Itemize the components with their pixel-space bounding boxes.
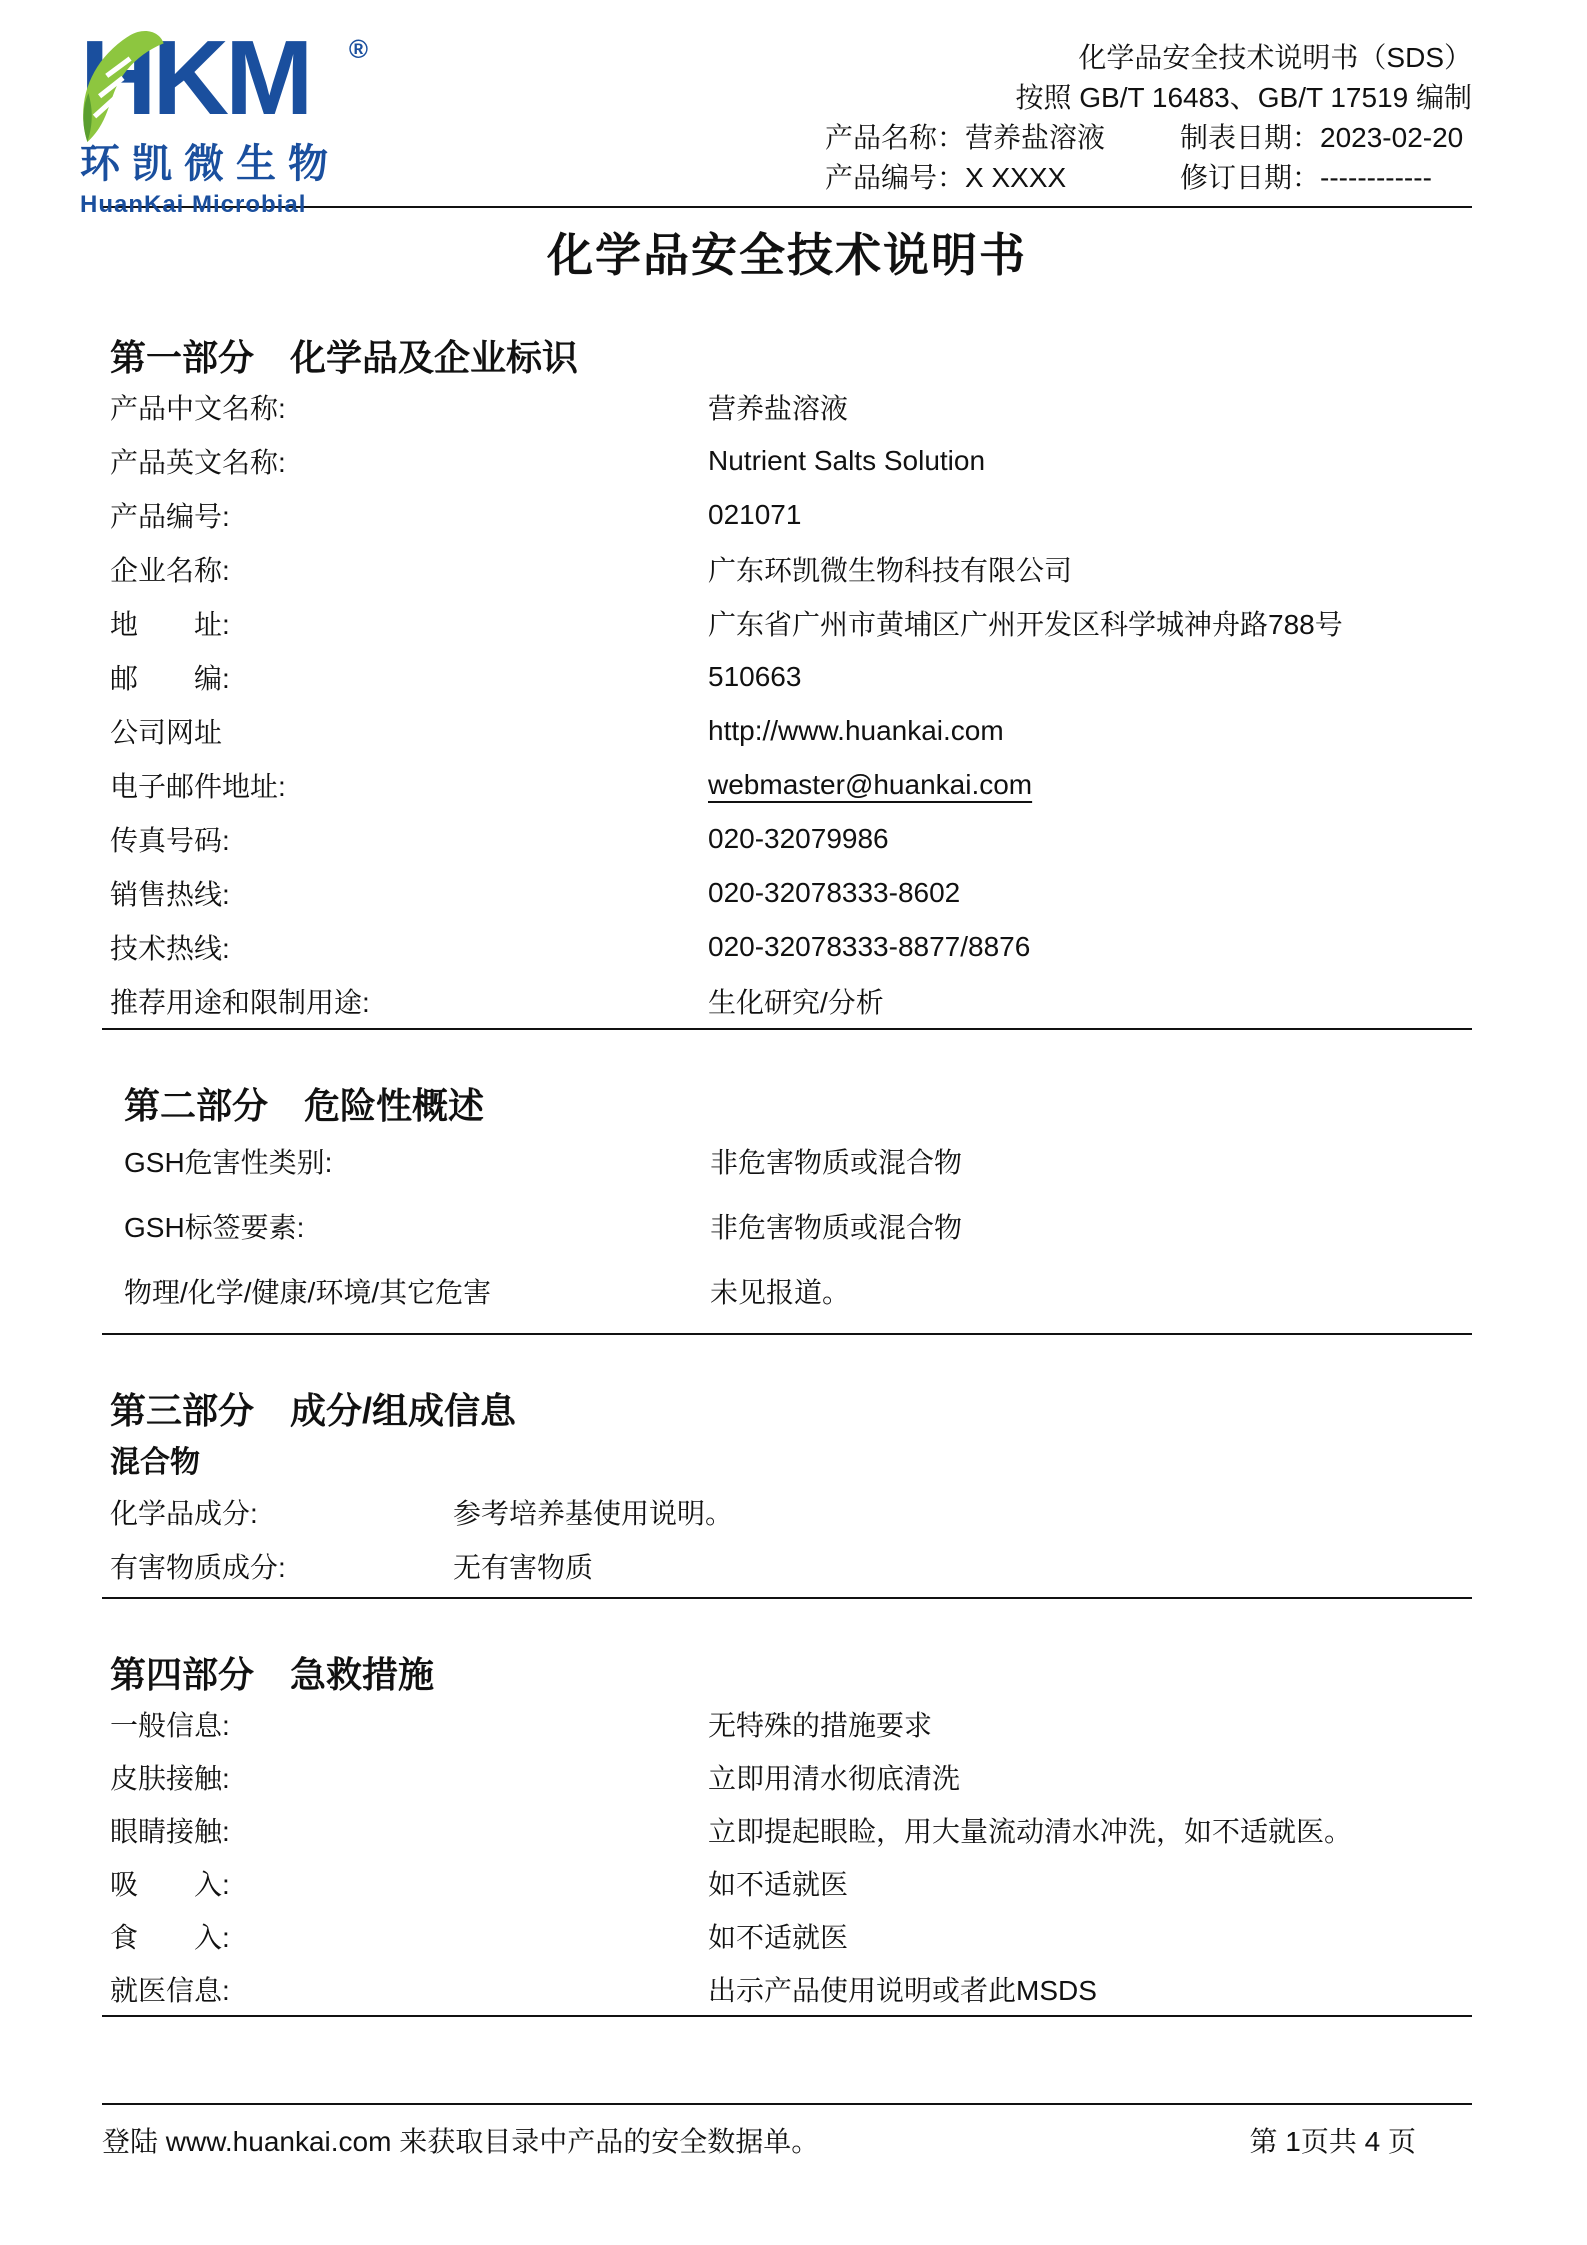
field-label: 传真号码: xyxy=(110,819,708,859)
section-chemical-company-identification: 第一部分化学品及企业标识 产品中文名称: 营养盐溶液 产品英文名称: Nutri… xyxy=(102,284,1472,1030)
field-label: 产品中文名称: xyxy=(110,387,708,427)
field-label: 皮肤接触: xyxy=(110,1757,708,1797)
section-1-name: 化学品及企业标识 xyxy=(290,337,578,378)
field-label: 物理/化学/健康/环境/其它危害 xyxy=(124,1271,710,1311)
section-3-name: 成分/组成信息 xyxy=(290,1390,516,1431)
field-label: GSH标签要素: xyxy=(124,1206,710,1246)
field-value: 营养盐溶液 xyxy=(708,387,848,427)
revision-date-label: 修订日期： xyxy=(1180,162,1320,193)
logo-mark: HKM ® xyxy=(80,26,360,130)
field-value: Nutrient Salts Solution xyxy=(708,445,985,477)
section-first-aid-measures: 第四部分急救措施 一般信息: 无特殊的措施要求 皮肤接触: 立即用清水彻底清洗 … xyxy=(102,1599,1472,2017)
field-row: GSH危害性类别: 非危害物质或混合物 xyxy=(102,1128,1472,1193)
field-row: 产品中文名称: 营养盐溶液 xyxy=(102,380,1472,434)
field-row: 地 址: 广东省广州市黄埔区广州开发区科学城神舟路788号 xyxy=(102,596,1472,650)
product-code-label: 产品编号： xyxy=(825,162,965,193)
field-value: 510663 xyxy=(708,661,801,693)
field-value: 020-32078333-8877/8876 xyxy=(708,931,1030,963)
field-row: 销售热线: 020-32078333-8602 xyxy=(102,866,1472,920)
company-logo: HKM ® 环凯微生物 HuanKai Microbial xyxy=(80,26,380,219)
header-standards: 按照 GB/T 16483、GB/T 17519 编制 xyxy=(825,78,1472,118)
header-doc-type: 化学品安全技术说明书（SDS） xyxy=(825,38,1472,78)
field-label: 公司网址 xyxy=(110,711,708,751)
field-row: 物理/化学/健康/环境/其它危害 未见报道。 xyxy=(102,1258,1472,1323)
field-row: 企业名称: 广东环凯微生物科技有限公司 xyxy=(102,542,1472,596)
header-product-name: 产品名称：营养盐溶液 xyxy=(825,118,1180,158)
field-value: 出示产品使用说明或者此MSDS xyxy=(708,1969,1097,2009)
field-label: 推荐用途和限制用途: xyxy=(110,981,708,1021)
field-row: GSH标签要素: 非危害物质或混合物 xyxy=(102,1193,1472,1258)
mixture-subheading: 混合物 xyxy=(102,1433,1472,1485)
header-issue-date: 制表日期：2023-02-20 xyxy=(1180,118,1472,158)
field-label: 眼睛接触: xyxy=(110,1810,708,1850)
field-value: 020-32079986 xyxy=(708,823,889,855)
field-row: 有害物质成分: 无有害物质 xyxy=(102,1539,1472,1593)
field-value: 非危害物质或混合物 xyxy=(710,1141,962,1181)
field-value: 生化研究/分析 xyxy=(708,981,884,1021)
field-row: 产品英文名称: Nutrient Salts Solution xyxy=(102,434,1472,488)
sds-page: HKM ® 环凯微生物 HuanKai Microbial 化学品安全技术说明书… xyxy=(0,0,1587,2245)
section-4-heading: 第四部分急救措施 xyxy=(102,1653,1472,1697)
product-code-value: X XXXX xyxy=(965,162,1066,193)
field-row: 邮 编: 510663 xyxy=(102,650,1472,704)
field-label: 就医信息: xyxy=(110,1969,708,2009)
section-2-heading: 第二部分危险性概述 xyxy=(102,1084,1472,1128)
footer-note: 登陆 www.huankai.com 来获取目录中产品的安全数据单。 xyxy=(102,2125,819,2159)
company-website-url: http://www.huankai.com xyxy=(708,715,1004,747)
field-row: 公司网址 http://www.huankai.com xyxy=(102,704,1472,758)
field-value: 广东省广州市黄埔区广州开发区科学城神舟路788号 xyxy=(708,603,1343,643)
field-row: 食 入: 如不适就医 xyxy=(102,1909,1472,1962)
header-meta: 化学品安全技术说明书（SDS） 按照 GB/T 16483、GB/T 17519… xyxy=(825,38,1472,198)
field-row: 化学品成分: 参考培养基使用说明。 xyxy=(102,1485,1472,1539)
section-hazard-overview: 第二部分危险性概述 GSH危害性类别: 非危害物质或混合物 GSH标签要素: 非… xyxy=(102,1030,1472,1335)
field-value: 020-32078333-8602 xyxy=(708,877,960,909)
field-label: 地 址: xyxy=(110,603,708,643)
revision-date-value: ------------ xyxy=(1320,162,1432,193)
field-row: 推荐用途和限制用途: 生化研究/分析 xyxy=(102,974,1472,1028)
field-row: 技术热线: 020-32078333-8877/8876 xyxy=(102,920,1472,974)
field-value: 非危害物质或混合物 xyxy=(710,1206,962,1246)
issue-date-value: 2023-02-20 xyxy=(1320,122,1463,153)
header-product-code: 产品编号：X XXXX xyxy=(825,158,1180,198)
field-row: 眼睛接触: 立即提起眼睑，用大量流动清水冲洗，如不适就医。 xyxy=(102,1803,1472,1856)
field-row: 电子邮件地址: webmaster@huankai.com xyxy=(102,758,1472,812)
field-row: 就医信息: 出示产品使用说明或者此MSDS xyxy=(102,1962,1472,2015)
registered-trademark-mark: ® xyxy=(349,34,368,65)
section-composition-information: 第三部分成分/组成信息 混合物 化学品成分: 参考培养基使用说明。 有害物质成分… xyxy=(102,1335,1472,1599)
field-label: GSH危害性类别: xyxy=(124,1141,710,1181)
field-value: 广东环凯微生物科技有限公司 xyxy=(708,549,1072,589)
field-value: 未见报道。 xyxy=(710,1271,850,1311)
field-row: 皮肤接触: 立即用清水彻底清洗 xyxy=(102,1750,1472,1803)
field-label: 邮 编: xyxy=(110,657,708,697)
field-label: 技术热线: xyxy=(110,927,708,967)
field-label: 产品英文名称: xyxy=(110,441,708,481)
field-label: 一般信息: xyxy=(110,1704,708,1744)
dna-ribbon-icon xyxy=(72,22,176,144)
field-value: 021071 xyxy=(708,499,801,531)
field-label: 企业名称: xyxy=(110,549,708,589)
field-value: 立即提起眼睑，用大量流动清水冲洗，如不适就医。 xyxy=(708,1810,1352,1850)
document-title: 化学品安全技术说明书 xyxy=(102,226,1472,284)
field-label: 吸 入: xyxy=(110,1863,708,1903)
field-label: 产品编号: xyxy=(110,495,708,535)
field-value: 无有害物质 xyxy=(453,1546,593,1586)
issue-date-label: 制表日期： xyxy=(1180,122,1320,153)
page-number: 第 1页共 4 页 xyxy=(1250,2125,1472,2159)
field-row: 传真号码: 020-32079986 xyxy=(102,812,1472,866)
field-value: 无特殊的措施要求 xyxy=(708,1704,932,1744)
field-value: 立即用清水彻底清洗 xyxy=(708,1757,960,1797)
product-name-value: 营养盐溶液 xyxy=(965,122,1105,153)
section-4-name: 急救措施 xyxy=(290,1654,434,1695)
header-row-product-code: 产品编号：X XXXX 修订日期：------------ xyxy=(825,158,1472,198)
field-value: 参考培养基使用说明。 xyxy=(453,1492,733,1532)
section-3-part-no: 第三部分 xyxy=(110,1390,254,1431)
email-link[interactable]: webmaster@huankai.com xyxy=(708,769,1032,801)
field-value: 如不适就医 xyxy=(708,1916,848,1956)
field-label: 化学品成分: xyxy=(110,1492,453,1532)
logo-en-name: HuanKai Microbial xyxy=(80,191,380,219)
field-label: 有害物质成分: xyxy=(110,1546,453,1586)
header-row-product-name: 产品名称：营养盐溶液 制表日期：2023-02-20 xyxy=(825,118,1472,158)
section-1-part-no: 第一部分 xyxy=(110,337,254,378)
header-revision-date: 修订日期：------------ xyxy=(1180,158,1472,198)
field-value: 如不适就医 xyxy=(708,1863,848,1903)
field-row: 产品编号: 021071 xyxy=(102,488,1472,542)
field-label: 电子邮件地址: xyxy=(110,765,708,805)
field-row: 一般信息: 无特殊的措施要求 xyxy=(102,1697,1472,1750)
product-name-label: 产品名称： xyxy=(825,122,965,153)
field-label: 销售热线: xyxy=(110,873,708,913)
field-label: 食 入: xyxy=(110,1916,708,1956)
section-1-heading: 第一部分化学品及企业标识 xyxy=(102,336,1472,380)
section-2-name: 危险性概述 xyxy=(304,1085,484,1126)
section-3-heading: 第三部分成分/组成信息 xyxy=(102,1389,1472,1433)
section-2-part-no: 第二部分 xyxy=(124,1085,268,1126)
document-header: HKM ® 环凯微生物 HuanKai Microbial 化学品安全技术说明书… xyxy=(0,0,1587,206)
section-4-part-no: 第四部分 xyxy=(110,1654,254,1695)
field-row: 吸 入: 如不适就医 xyxy=(102,1856,1472,1909)
page-footer: 登陆 www.huankai.com 来获取目录中产品的安全数据单。 第 1页共… xyxy=(102,2103,1472,2159)
